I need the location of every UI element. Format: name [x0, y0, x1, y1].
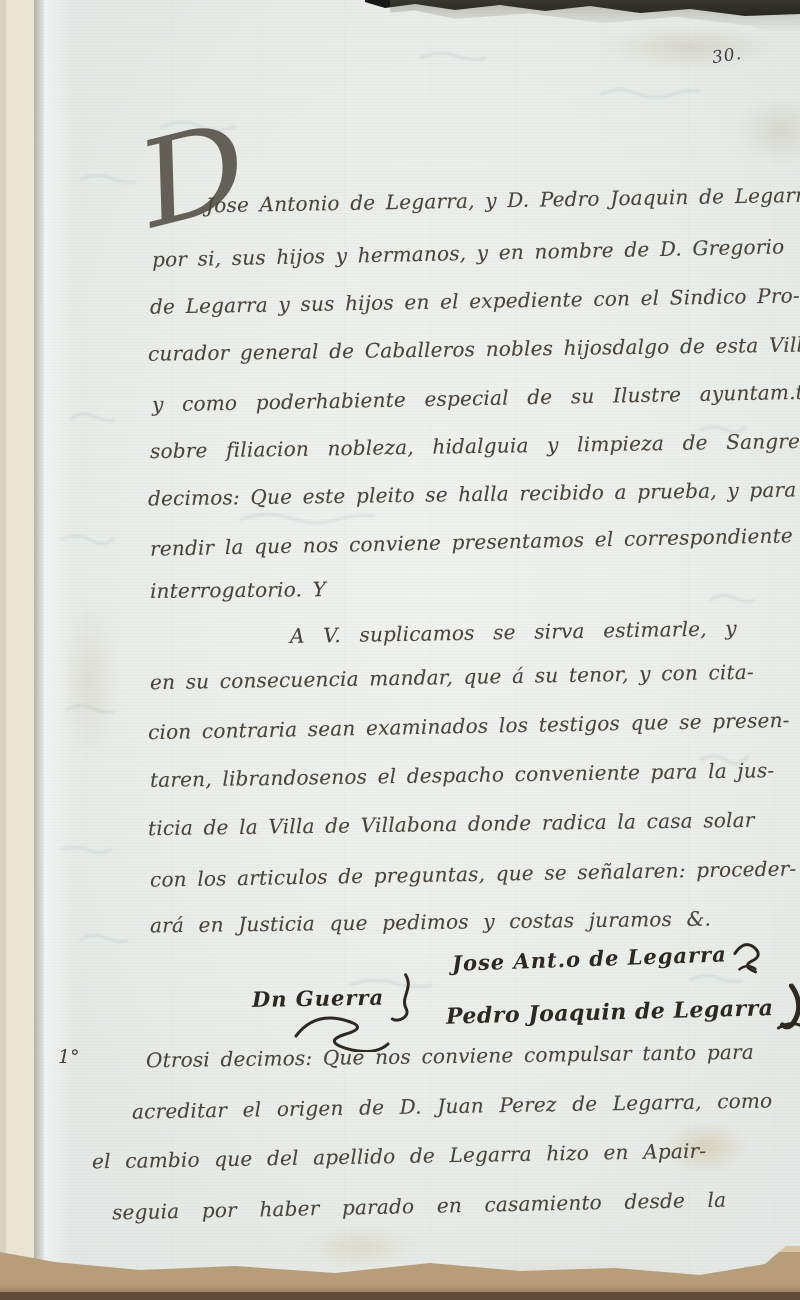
manuscript-line: decimos: Que este pleito se halla recibi… — [148, 477, 797, 510]
page-edge-left — [0, 0, 34, 1300]
manuscript-line: ticia de la Villa de Villabona donde rad… — [148, 808, 755, 840]
margin-item-number: 1° — [58, 1046, 80, 1068]
manuscript-page: 30. D Jose Antonio de Legarra, y D. Pedr… — [0, 0, 800, 1300]
manuscript-line: Jose Antonio de Legarra, y D. Pedro Joaq… — [206, 183, 800, 218]
manuscript-line: A V. suplicamos se sirva estimarle, y — [290, 616, 737, 648]
manuscript-line: cion contraria sean examinados los testi… — [148, 708, 790, 744]
drop-cap-initial: D — [128, 105, 259, 245]
manuscript-line: interrogatorio. Y — [150, 577, 326, 603]
manuscript-line: el cambio que del apellido de Legarra hi… — [92, 1139, 707, 1174]
manuscript-line: Otrosi decimos: Que nos conviene compuls… — [146, 1040, 754, 1072]
manuscript-line: ará en Justicia que pedimos y costas jur… — [150, 907, 711, 938]
manuscript-line: curador general de Caballeros nobles hij… — [148, 332, 800, 365]
manuscript-line: rendir la que nos conviene presentamos e… — [150, 523, 793, 560]
manuscript-line: acreditar el origen de D. Juan Perez de … — [132, 1088, 773, 1123]
page-edge-highlight — [44, 0, 74, 1300]
page-edge-top-dark — [0, 0, 800, 18]
signature-rubric-icon — [728, 935, 763, 976]
manuscript-line: sobre filiacion nobleza, hidalguia y lim… — [150, 429, 800, 463]
signature-jose-antonio-legarra: Jose Ant.o de Legarra — [451, 935, 763, 986]
manuscript-line: taren, librandosenos el despacho conveni… — [150, 758, 775, 792]
manuscript-line: por si, sus hijos y hermanos, y en nombr… — [152, 234, 785, 271]
manuscript-line: de Legarra y sus hijos en el expediente … — [150, 283, 800, 318]
manuscript-line: seguia por haber parado en casamiento de… — [112, 1188, 727, 1225]
manuscript-line: con los articulos de preguntas, que se s… — [150, 856, 797, 891]
signature-text: Pedro Joaquin de Legarra — [446, 995, 774, 1030]
folio-number: 30. — [711, 44, 744, 68]
signature-text: Jose Ant.o de Legarra — [452, 941, 728, 976]
manuscript-line: en su consecuencia mandar, que á su teno… — [150, 660, 754, 695]
binding-crease — [34, 0, 44, 1300]
page-edge-bottom-dark — [0, 1292, 800, 1300]
signature-rubric-icon — [775, 983, 800, 1034]
manuscript-line: y como poderhabiente especial de su Ilus… — [152, 380, 800, 417]
signature-pedro-joaquin-legarra: Pedro Joaquin de Legarra — [445, 983, 800, 1042]
